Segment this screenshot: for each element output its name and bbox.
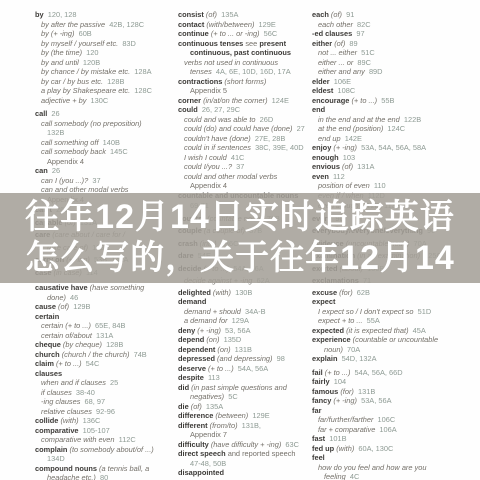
page-ref: 47-48, 50B [190, 459, 226, 468]
index-line: eldest 108C [312, 86, 442, 96]
entry-phrase: certain (+ to ...) [41, 321, 91, 330]
page-ref: 53A, 54A, 56A, 58A [357, 143, 426, 152]
index-line: elder 106E [312, 77, 442, 87]
entry-phrase: headache etc.) [47, 473, 96, 480]
headword: by [35, 10, 44, 19]
entry-phrase: (with/between) [204, 20, 254, 29]
entry-phrase: at the end (position) [318, 124, 383, 133]
page-ref: 120 [82, 48, 98, 57]
page-ref: 55B [377, 96, 394, 105]
page-ref: 145C [106, 147, 128, 156]
index-line: die (of) 135A [178, 402, 308, 412]
headword: experience [312, 335, 351, 344]
page-ref: 130B [231, 288, 252, 297]
entry-phrase: (short forms) [222, 77, 266, 86]
page-ref: 135A [202, 402, 223, 411]
headword: clauses [35, 369, 62, 378]
index-line: -ed clauses 97 [312, 29, 442, 39]
page-ref: 130C [86, 96, 108, 105]
entry-phrase: how do you feel and how are you [318, 463, 426, 472]
index-line: disappointed [178, 468, 308, 478]
page-ref: 68, 97 [80, 397, 105, 406]
index-line: if clauses 38-40 [35, 388, 175, 398]
page-ref: 41C [227, 153, 245, 162]
index-line: famous (for) 131B [312, 387, 442, 397]
headword: continuous, past continuous [190, 48, 291, 57]
page-ref: 104 [330, 377, 346, 386]
page-ref: 55A [363, 316, 380, 325]
entry-phrase: either ... or [318, 58, 353, 67]
index-line: either and any 89D [312, 67, 442, 77]
index-line: experience (countable or uncountable [312, 335, 442, 345]
page-ref: 54A, 56A [234, 364, 269, 373]
page-ref: 4C [346, 472, 360, 480]
page-ref: 124C [383, 124, 405, 133]
headword: did [178, 383, 189, 392]
index-line: by myself / yourself etc. 83D [35, 39, 175, 49]
entry-phrase: (in past simple questions and [189, 383, 287, 392]
index-line: compound nouns (a tennis ball, a [35, 464, 175, 474]
entry-phrase: if clauses [41, 388, 72, 397]
headword: contractions [178, 77, 222, 86]
page-ref: 25 [106, 378, 118, 387]
entry-phrase: (to somebody about/of ...) [67, 445, 153, 454]
entry-phrase: done) [47, 293, 66, 302]
entry-phrase: (of) [204, 10, 217, 19]
page-ref: 129E [248, 411, 269, 420]
entry-phrase: call somebody (no preposition) [41, 119, 142, 128]
index-line: fast 101B [312, 434, 442, 444]
page-ref: 128B [102, 340, 123, 349]
entry-phrase: (in/at/on the corner) [201, 96, 268, 105]
index-line: headache etc.) 80 [35, 473, 175, 480]
entry-phrase: by after the passive [41, 20, 105, 29]
index-line: explain 54D, 132A [312, 354, 442, 364]
page-ref: 129B [69, 302, 90, 311]
entry-phrase: (+ to ...) [323, 368, 351, 377]
index-line: certain [35, 312, 175, 322]
page-ref: 122B [400, 115, 421, 124]
index-line: collide (with) 136C [35, 416, 175, 426]
entry-phrase: (from/to) [208, 421, 238, 430]
index-line: corner (in/at/on the corner) 124E [178, 96, 308, 106]
headword: direct speech [178, 449, 226, 458]
entry-note: see [243, 39, 259, 48]
headword: -ed clauses [312, 29, 352, 38]
headword: deny [178, 326, 195, 335]
entry-phrase: (+ to ...) [206, 364, 234, 373]
entry-phrase: adjective + by [41, 96, 86, 105]
page-ref: 120B [79, 58, 100, 67]
index-line: Appendix 7 [178, 430, 308, 440]
index-line: enjoy (+ -ing) 53A, 54A, 56A, 58A [312, 143, 442, 153]
page-ref: 74B [129, 350, 146, 359]
headword: die [178, 402, 189, 411]
entry-phrase: when and if clauses [41, 378, 106, 387]
entry-phrase: (it is expected that) [344, 326, 409, 335]
index-line: can I (you ...)? 37 [35, 176, 175, 186]
index-line: by car / by bus etc. 128B [35, 77, 175, 87]
headword: excuse [312, 288, 337, 297]
page-ref: 27E, 28B [251, 134, 286, 143]
index-line: direct speech and reported speech [178, 449, 308, 459]
entry-phrase: comparative with even [41, 435, 115, 444]
entry-phrase: by car / by bus etc. [41, 77, 103, 86]
index-line: Appendix 5 [178, 86, 308, 96]
headword: enjoy [312, 143, 331, 152]
headword: continuous tenses [178, 39, 243, 48]
page-ref: 112 [329, 172, 345, 181]
entry-phrase: by chance / by mistake etc. [41, 67, 130, 76]
page-ref: 110 [370, 181, 386, 190]
index-line: certain of/about 131A [35, 331, 175, 341]
headword: continue [178, 29, 209, 38]
index-line: continue (+ to ... or -ing) 56C [178, 29, 308, 39]
page-ref: 54D, 132A [337, 354, 376, 363]
entry-phrase: (with) [211, 288, 231, 297]
index-line: church (church / the church) 74B [35, 350, 175, 360]
page-ref: 131B, [238, 421, 261, 430]
index-line: feeling 4C [312, 472, 442, 480]
entry-note: Appendix 7 [190, 430, 227, 439]
index-line: different (from/to) 131B, [178, 421, 308, 431]
page-ref: 26D [256, 115, 274, 124]
headword: fed up [312, 444, 334, 453]
entry-phrase: could and other modal verbs [184, 172, 277, 181]
headword: eldest [312, 86, 333, 95]
headword: could [178, 105, 198, 114]
index-line: by (the time) 120 [35, 48, 175, 58]
entry-phrase: demand + should [184, 307, 241, 316]
entry-note: and reported speech [226, 449, 296, 458]
entry-phrase: couldn't have (done) [184, 134, 251, 143]
index-line: Appendix 4 [178, 181, 308, 191]
page-ref: 131A [353, 162, 374, 171]
entry-phrase: expect + to ... [318, 316, 363, 325]
page-ref: 131B [231, 345, 252, 354]
page-ref: 128A [130, 67, 151, 76]
index-line: 132B [35, 128, 175, 138]
entry-phrase: a play by Shakespeare etc. [41, 86, 130, 95]
entry-phrase: a demand for [184, 316, 228, 325]
page-ref: 134D [47, 454, 65, 463]
index-line: contractions (short forms) [178, 77, 308, 87]
index-line: position of even 110 [312, 181, 442, 191]
entry-phrase: negatives) [190, 392, 224, 401]
index-line: tenses 4A, 6E, 10D, 16D, 17A [178, 67, 308, 77]
entry-phrase: could and was able to [184, 115, 256, 124]
headword: envious [312, 162, 340, 171]
index-line: depend (on) 135D [178, 335, 308, 345]
page-ref: 45A [409, 326, 426, 335]
headword: corner [178, 96, 201, 105]
headword: each [312, 10, 329, 19]
headword: can [35, 166, 48, 175]
index-line: a demand for 129A [178, 316, 308, 326]
index-line: each other 82C [312, 20, 442, 30]
page-ref: 124E [268, 96, 289, 105]
page-ref: 54A, 56A, 66D [350, 368, 402, 377]
page-ref: 142E [341, 134, 362, 143]
headword: end [312, 105, 325, 114]
index-line: by and until 120B [35, 58, 175, 68]
headword: difficulty [178, 440, 209, 449]
page-ref: 140B [99, 138, 120, 147]
entry-phrase: call somebody back [41, 147, 106, 156]
banner-title-line-2: 怎么写的，关于往年12月14 [25, 238, 455, 279]
headword: causative have [35, 283, 88, 292]
entry-phrase: (countable or uncountable [351, 335, 439, 344]
index-line: either ... or 89C [312, 58, 442, 68]
index-line: I wish I could 41C [178, 153, 308, 163]
page-ref: 56C [260, 29, 278, 38]
index-line: relative clauses 92-96 [35, 407, 175, 417]
page-ref: 82C [353, 20, 371, 29]
entry-note: Appendix 4 [190, 181, 227, 190]
entry-phrase: (+ to ...) [54, 359, 82, 368]
index-line: call somebody (no preposition) [35, 119, 175, 129]
index-line: demand [178, 297, 308, 307]
headword: famous [312, 387, 338, 396]
entry-phrase: -ing clauses [41, 397, 80, 406]
headword: explain [312, 354, 337, 363]
page-ref: 62B [353, 288, 370, 297]
index-line: could and other modal verbs [178, 172, 308, 182]
page-ref: 5C [224, 392, 238, 401]
headword: different [178, 421, 208, 430]
page-ref: 80 [96, 473, 108, 480]
entry-phrase: (between) [213, 411, 248, 420]
overlay-banner: 往年12月14日实时追踪英语 怎么写的，关于往年12月14 [0, 193, 480, 283]
headword: delighted [178, 288, 211, 297]
headword: expected [312, 326, 344, 335]
entry-phrase: (for) [338, 387, 354, 396]
entry-note: Appendix 4 [47, 157, 84, 166]
headword: call [35, 109, 47, 118]
index-line: clauses [35, 369, 175, 379]
headword: church [35, 350, 60, 359]
page-ref: 131B [354, 387, 375, 396]
headword: certain [35, 312, 59, 321]
page-ref: 63C [281, 440, 299, 449]
index-line: each (of) 91 [312, 10, 442, 20]
page-ref: 37 [88, 176, 100, 185]
index-line: call somebody back 145C [35, 147, 175, 157]
entry-phrase: I expect so / I don't expect so [318, 307, 414, 316]
index-line: noun) 70A [312, 345, 442, 355]
index-line: could 26, 27, 29C [178, 105, 308, 115]
page-ref: 89D [365, 67, 383, 76]
index-line: 134D [35, 454, 175, 464]
entry-phrase: (on) [215, 345, 230, 354]
index-line: depressed (and depressing) 98 [178, 354, 308, 364]
index-line: a play by Shakespeare etc. 128C [35, 86, 175, 96]
page-ref: 136C [79, 416, 101, 425]
index-line: fail (+ to ...) 54A, 56A, 66D [312, 368, 442, 378]
page-ref: 53A, 56A [357, 396, 392, 405]
page-ref: 46 [66, 293, 78, 302]
page-ref: 89 [345, 39, 357, 48]
headword: cause [35, 302, 56, 311]
banner-title-line-1: 往年12月14日实时追踪英语 [25, 197, 455, 238]
page-ref: 26, 27, 29C [198, 105, 240, 114]
entry-phrase: end up [318, 134, 341, 143]
index-line: contact (with/between) 129E [178, 20, 308, 30]
page-ref: 60B [74, 29, 91, 38]
page-ref: 98 [273, 354, 285, 363]
headword: consist [178, 10, 204, 19]
entry-phrase: not ... either [318, 48, 357, 57]
index-line: enough 103 [312, 153, 442, 163]
index-line: expect [312, 297, 442, 307]
page-ref: 51D [414, 307, 432, 316]
index-line: call 26 [35, 109, 175, 119]
index-line: in the end and at the end 122B [312, 115, 442, 125]
index-line: far [312, 406, 442, 416]
page-ref: 105-107 [79, 426, 110, 435]
page-ref: 54C [82, 359, 100, 368]
page-ref: 106E [330, 77, 351, 86]
entry-phrase: (and depressing) [215, 354, 273, 363]
page-ref: 106A [375, 425, 396, 434]
page-ref: 27 [292, 124, 304, 133]
index-line: cause (of) 129B [35, 302, 175, 312]
entry-phrase: (+ -ing) [331, 396, 357, 405]
entry-phrase: can I (you ...)? [41, 176, 88, 185]
entry-phrase: (have something [88, 283, 145, 292]
headword: fail [312, 368, 323, 377]
entry-phrase: position of even [318, 181, 370, 190]
index-line: expect + to ... 55A [312, 316, 442, 326]
entry-phrase: (church / the church) [60, 350, 130, 359]
page-ref: 132B [47, 128, 64, 137]
index-line: could (do) and could have (done) 27 [178, 124, 308, 134]
page-ref: 38-40 [72, 388, 95, 397]
page-ref: 89C [353, 58, 371, 67]
page-ref: 131A [92, 331, 113, 340]
entry-phrase: each other [318, 20, 353, 29]
index-line: difficulty (have difficulty + -ing) 63C [178, 440, 308, 450]
page-ref: 113 [204, 373, 220, 382]
index-line: feel [312, 453, 442, 463]
entry-phrase: (with) [58, 416, 78, 425]
entry-phrase: either and any [318, 67, 365, 76]
index-line: comparative with even 112C [35, 435, 175, 445]
index-line: far + comparative 106A [312, 425, 442, 435]
index-line: when and if clauses 25 [35, 378, 175, 388]
index-line: verbs not used in continuous [178, 58, 308, 68]
entry-phrase: verbs not used in continuous [184, 58, 278, 67]
entry-phrase: (of) [329, 10, 342, 19]
page-ref: 38C, 39E, 40D [251, 143, 304, 152]
page-ref: 112C [115, 435, 136, 444]
page-ref: 135D [219, 335, 241, 344]
index-line: couldn't have (done) 27E, 28B [178, 134, 308, 144]
page-ref: 65E, 84B [91, 321, 126, 330]
index-line: can 26 [35, 166, 175, 176]
page-ref: 26 [47, 109, 59, 118]
headword: difference [178, 411, 213, 420]
page-ref: 91 [342, 10, 354, 19]
entry-phrase: (of) [340, 162, 353, 171]
index-line: fancy (+ -ing) 53A, 56A [312, 396, 442, 406]
index-line: not ... either 51C [312, 48, 442, 58]
index-line: I expect so / I don't expect so 51D [312, 307, 442, 317]
index-line: continuous tenses see present [178, 39, 308, 49]
entry-phrase: (of) [56, 302, 69, 311]
index-line: consist (of) 135A [178, 10, 308, 20]
index-line: did (in past simple questions and [178, 383, 308, 393]
entry-phrase: could I/you ...? [184, 162, 232, 171]
page-ref: 51C [357, 48, 375, 57]
entry-note: Appendix 5 [190, 86, 227, 95]
index-line: could and was able to 26D [178, 115, 308, 125]
entry-phrase: (on) [204, 335, 219, 344]
index-line: claim (+ to ...) 54C [35, 359, 175, 369]
index-line: far/further/farther 106C [312, 415, 442, 425]
index-line: continuous, past continuous [178, 48, 308, 58]
index-line: despite 113 [178, 373, 308, 383]
entry-phrase: noun) [324, 345, 343, 354]
entry-phrase: (have difficulty + -ing) [209, 440, 282, 449]
headword: despite [178, 373, 204, 382]
page-ref: 37 [232, 162, 244, 171]
entry-phrase: by myself / yourself etc. [41, 39, 118, 48]
index-line: by after the passive 42B, 128C [35, 20, 175, 30]
page-ref: 101B [325, 434, 346, 443]
entry-phrase: far/further/farther [318, 415, 373, 424]
page-ref: 97 [352, 29, 364, 38]
entry-phrase: feeling [324, 472, 346, 480]
headword: collide [35, 416, 58, 425]
entry-phrase: (+ to ... or -ing) [209, 29, 260, 38]
entry-phrase: (of) [332, 39, 345, 48]
entry-phrase: (with) [334, 444, 354, 453]
headword: comparative [35, 426, 79, 435]
entry-phrase: in the end and at the end [318, 115, 400, 124]
page-ref: 60A, 130C [354, 444, 393, 453]
page-ref: 34A-B [241, 307, 266, 316]
index-line: adjective + by 130C [35, 96, 175, 106]
index-line: difference (between) 129E [178, 411, 308, 421]
page-ref: 42B, 128C [105, 20, 144, 29]
headword: deserve [178, 364, 206, 373]
index-line: -ing clauses 68, 97 [35, 397, 175, 407]
page-ref: 92-96 [92, 407, 115, 416]
index-line: negatives) 5C [178, 392, 308, 402]
index-line: by (+ -ing) 60B [35, 29, 175, 39]
index-line: complain (to somebody about/of ...) [35, 445, 175, 455]
index-line: either (of) 89 [312, 39, 442, 49]
index-line: demand + should 34A-B [178, 307, 308, 317]
entry-phrase: by and until [41, 58, 79, 67]
index-line: could in if sentences 38C, 39E, 40D [178, 143, 308, 153]
entry-phrase: (+ -ing) [331, 143, 357, 152]
headword: disappointed [178, 468, 224, 477]
index-line: excuse (for) 62B [312, 288, 442, 298]
headword: encourage [312, 96, 349, 105]
index-line: even 112 [312, 172, 442, 182]
headword: expect [312, 297, 335, 306]
page-ref: 53, 56A [221, 326, 251, 335]
index-line: envious (of) 131A [312, 162, 442, 172]
headword: fast [312, 434, 325, 443]
entry-phrase: could in if sentences [184, 143, 251, 152]
page-ref: 108C [333, 86, 355, 95]
headword: cheque [35, 340, 61, 349]
index-line: could I/you ...? 37 [178, 162, 308, 172]
entry-phrase: (+ to ...) [349, 96, 377, 105]
